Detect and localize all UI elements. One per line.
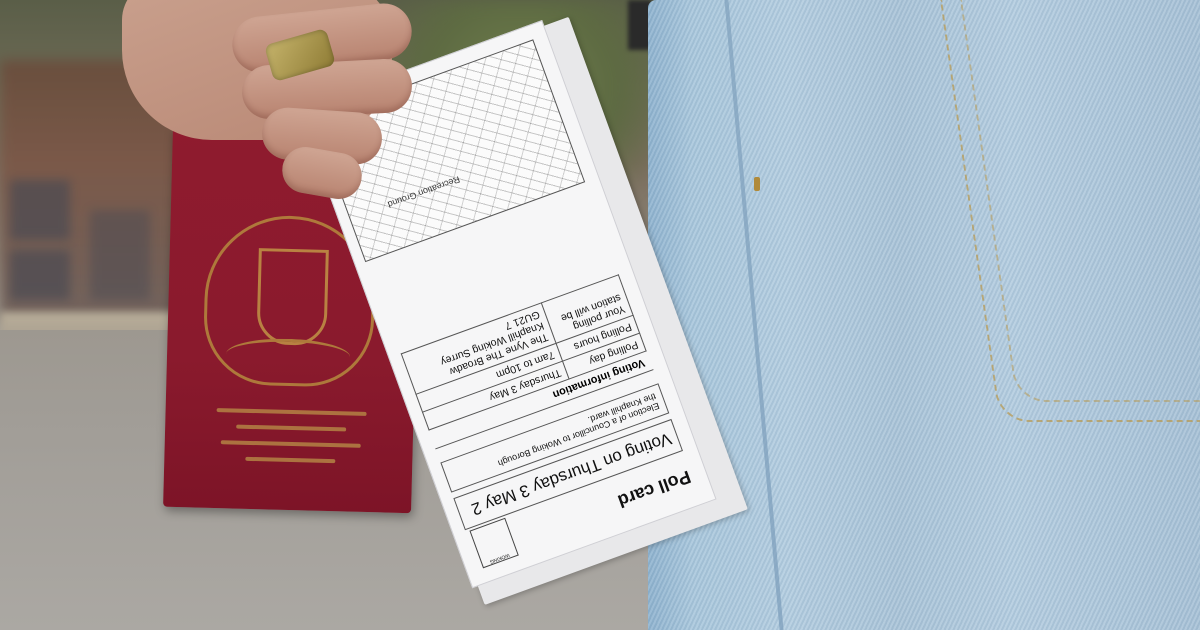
background-window: [10, 250, 70, 300]
background-window: [90, 210, 150, 300]
poll-card-title: Poll card: [615, 466, 694, 512]
jeans-rivet: [754, 177, 760, 191]
passport-cover-text: [200, 396, 382, 477]
background-window: [10, 180, 70, 240]
photo-scene: Poll card WOKING Voting on Thursday 3 Ma…: [0, 0, 1200, 630]
hand: [112, 0, 422, 220]
